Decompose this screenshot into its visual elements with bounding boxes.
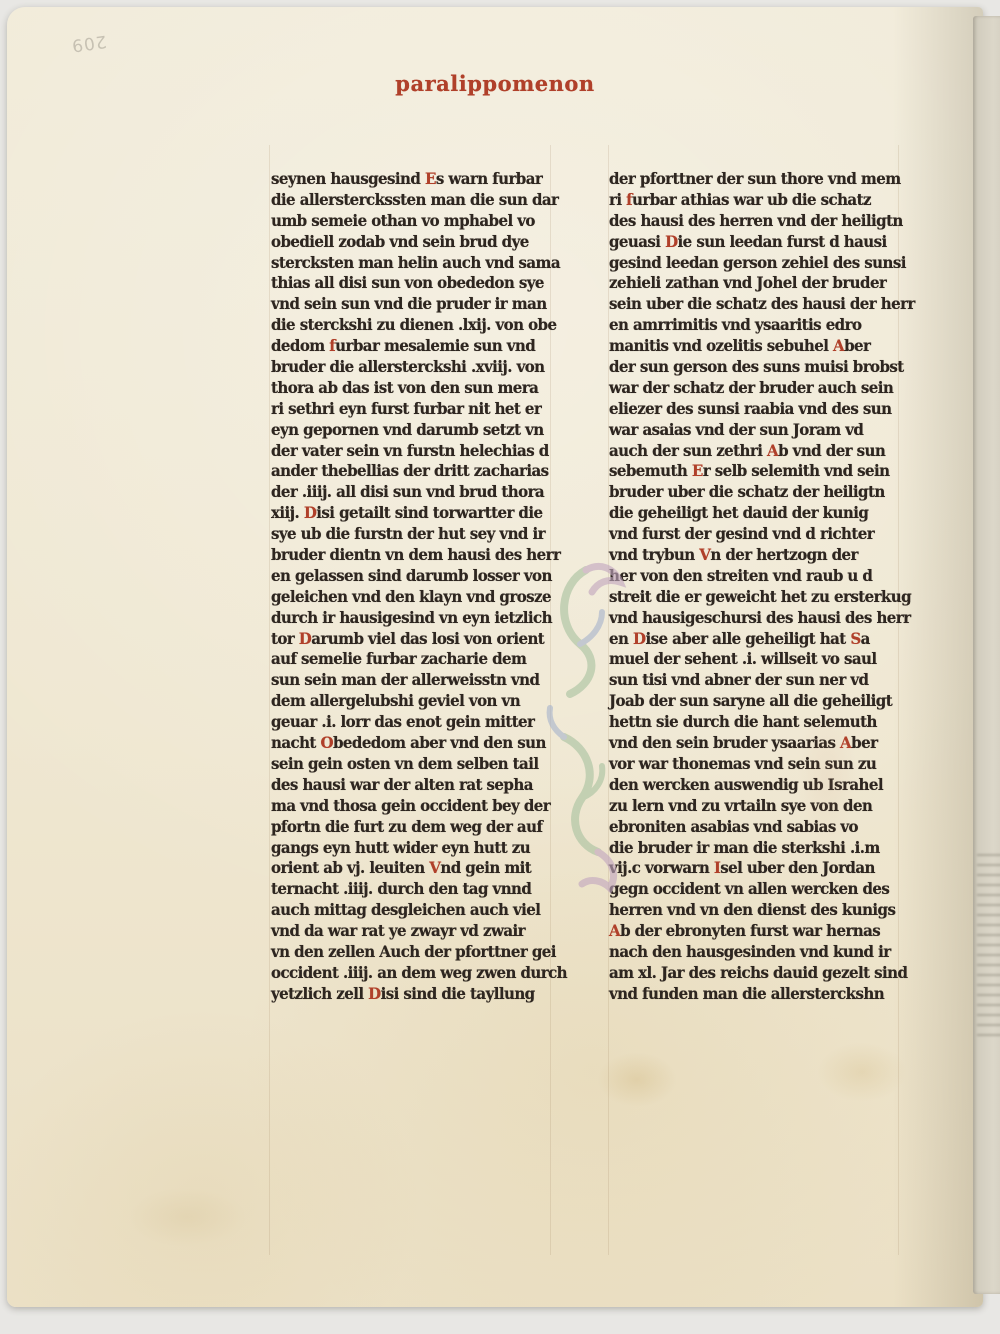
text-line: sun tisi vnd abner der sun ner vd <box>609 670 892 691</box>
pen-flourish-ornament <box>540 552 632 917</box>
text-line: muel der sehent .i. willseit vo saul <box>609 649 892 670</box>
text-line: dedom furbar mesalemie sun vnd <box>271 336 547 357</box>
gutter-shadow <box>893 7 983 1307</box>
text-line: die geheiligt het dauid der kunig <box>609 503 892 524</box>
text-line: vnd da war rat ye zwayr vd zwair <box>271 921 547 942</box>
text-line: sebemuth Er selb selemith vnd sein <box>609 461 892 482</box>
text-line: thora ab das ist von den sun mera <box>271 378 547 399</box>
text-line: hettn sie durch die hant selemuth <box>609 712 892 733</box>
text-line: zehieli zathan vnd Johel der bruder <box>609 273 892 294</box>
text-line: gegn occident vn allen wercken des <box>609 879 892 900</box>
text-line: ma vnd thosa gein occident bey der <box>271 796 547 817</box>
text-line: der vater sein vn furstn helechias d <box>271 441 547 462</box>
text-line: vnd trybun Vn der hertzogn der <box>609 545 892 566</box>
text-line: manitis vnd ozelitis sebuhel Aber <box>609 336 892 357</box>
text-line: der .iiij. all disi sun vnd brud thora <box>271 482 547 503</box>
text-line: war der schatz der bruder auch sein <box>609 378 892 399</box>
text-line: vnd den sein bruder ysaarias Aber <box>609 733 892 754</box>
text-line: vnd funden man die allersterckshn <box>609 984 892 1005</box>
text-line: Ab der ebronyten furst war hernas <box>609 921 892 942</box>
text-line: ebroniten asabias vnd sabias vo <box>609 817 892 838</box>
text-line: bruder die allersterckshi .xviij. von <box>271 357 547 378</box>
photo-backdrop: 209 paralippomenon seynen hausgesind Es … <box>0 0 1000 1334</box>
text-line: zu lern vnd zu vrtailn sye von den <box>609 796 892 817</box>
text-line: vor war thonemas vnd sein sun zu <box>609 754 892 775</box>
text-line: vnd furst der gesind vnd d richter <box>609 524 892 545</box>
text-line: des hausi des herren vnd der heiligtn <box>609 211 892 232</box>
text-line: streit die er geweicht het zu ersterkug <box>609 587 892 608</box>
text-line: seynen hausgesind Es warn furbar <box>271 169 547 190</box>
text-line: gesind leedan gerson zehiel des sunsi <box>609 253 892 274</box>
text-line: geuasi Die sun leedan furst d hausi <box>609 232 892 253</box>
text-line: thias all disi sun von obededon sye <box>271 273 547 294</box>
text-line: war asaias vnd der sun Joram vd <box>609 420 892 441</box>
text-line: en gelassen sind darumb losser von <box>271 566 547 587</box>
text-line: occident .iiij. an dem weg zwen durch <box>271 963 547 984</box>
text-line: die sterckshi zu dienen .lxij. von obe <box>271 315 547 336</box>
text-line: sein gein osten vn dem selben tail <box>271 754 547 775</box>
text-line: en Dise aber alle geheiligt hat Sa <box>609 629 892 650</box>
text-line: sun sein man der allerweisstn vnd <box>271 670 547 691</box>
text-line: sye ub die furstn der hut sey vnd ir <box>271 524 547 545</box>
text-line: ri furbar athias war ub die schatz <box>609 190 892 211</box>
text-line: vnd sein sun vnd die pruder ir man <box>271 294 547 315</box>
text-line: gangs eyn hutt wider eyn hutt zu <box>271 838 547 859</box>
text-line: sein uber die schatz des hausi der herr <box>609 294 892 315</box>
text-line: eyn gepornen vnd darumb setzt vn <box>271 420 547 441</box>
text-line: en amrrimitis vnd ysaaritis edro <box>609 315 892 336</box>
text-line: auch mittag desgleichen auch viel <box>271 900 547 921</box>
next-folio-edge <box>973 16 1000 1294</box>
text-line: geleichen vnd den klayn vnd grosze <box>271 587 547 608</box>
text-line: eliezer des sunsi raabia vnd des sun <box>609 399 892 420</box>
text-line: orient ab vj. leuiten Vnd gein mit <box>271 858 547 879</box>
text-line: der pforttner der sun thore vnd mem <box>609 169 892 190</box>
text-line: yetzlich zell Disi sind die tayllung <box>271 984 547 1005</box>
manuscript-page: 209 paralippomenon seynen hausgesind Es … <box>7 7 983 1307</box>
text-column-right: der pforttner der sun thore vnd memri fu… <box>609 169 901 1005</box>
text-line: umb semeie othan vo mphabel vo <box>271 211 547 232</box>
text-line: der sun gerson des suns muisi brobst <box>609 357 892 378</box>
text-line: geuar .i. lorr das enot gein mitter <box>271 712 547 733</box>
text-line: auch der sun zethri Ab vnd der sun <box>609 441 892 462</box>
text-line: bruder dientn vn dem hausi des herr <box>271 545 547 566</box>
text-line: xiij. Disi getailt sind torwartter die <box>271 503 547 524</box>
text-line: tor Darumb viel das losi von orient <box>271 629 547 650</box>
text-line: stercksten man helin auch vnd sama <box>271 253 547 274</box>
text-line: herren vnd vn den dienst des kunigs <box>609 900 892 921</box>
text-line: ternacht .iiij. durch den tag vnnd <box>271 879 547 900</box>
column-ruling-line <box>269 145 270 1255</box>
text-line: die bruder ir man die sterkshi .i.m <box>609 838 892 859</box>
text-line: her von den streiten vnd raub u d <box>609 566 892 587</box>
parchment-stain <box>597 1052 677 1107</box>
text-line: pfortn die furt zu dem weg der auf <box>271 817 547 838</box>
text-line: nach den hausgesinden vnd kund ir <box>609 942 892 963</box>
running-header: paralippomenon <box>7 71 983 96</box>
text-line: am xl. Jar des reichs dauid gezelt sind <box>609 963 892 984</box>
text-line: durch ir hausigesind vn eyn ietzlich <box>271 608 547 629</box>
text-line: nacht Obededom aber vnd den sun <box>271 733 547 754</box>
next-folio-ghost-text <box>977 854 1000 1044</box>
text-column-left: seynen hausgesind Es warn furbardie alle… <box>271 169 556 1005</box>
text-line: obediell zodab vnd sein brud dye <box>271 232 547 253</box>
text-line: des hausi war der alten rat sepha <box>271 775 547 796</box>
text-line: ander thebellias der dritt zacharias <box>271 461 547 482</box>
text-line: Joab der sun saryne all die geheiligt <box>609 691 892 712</box>
text-line: auf semelie furbar zacharie dem <box>271 649 547 670</box>
text-line: dem allergelubshi geviel von vn <box>271 691 547 712</box>
text-line: die allersterckssten man die sun dar <box>271 190 547 211</box>
text-line: bruder uber die schatz der heiligtn <box>609 482 892 503</box>
text-line: vnd hausigeschursi des hausi des herr <box>609 608 892 629</box>
folio-number: 209 <box>70 31 108 56</box>
text-line: ri sethri eyn furst furbar nit het er <box>271 399 547 420</box>
text-line: den wercken auswendig ub Israhel <box>609 775 892 796</box>
text-line: vn den zellen Auch der pforttner gei <box>271 942 547 963</box>
parchment-stain <box>127 1187 247 1247</box>
text-line: vij.c vorwarn Isel uber den Jordan <box>609 858 892 879</box>
